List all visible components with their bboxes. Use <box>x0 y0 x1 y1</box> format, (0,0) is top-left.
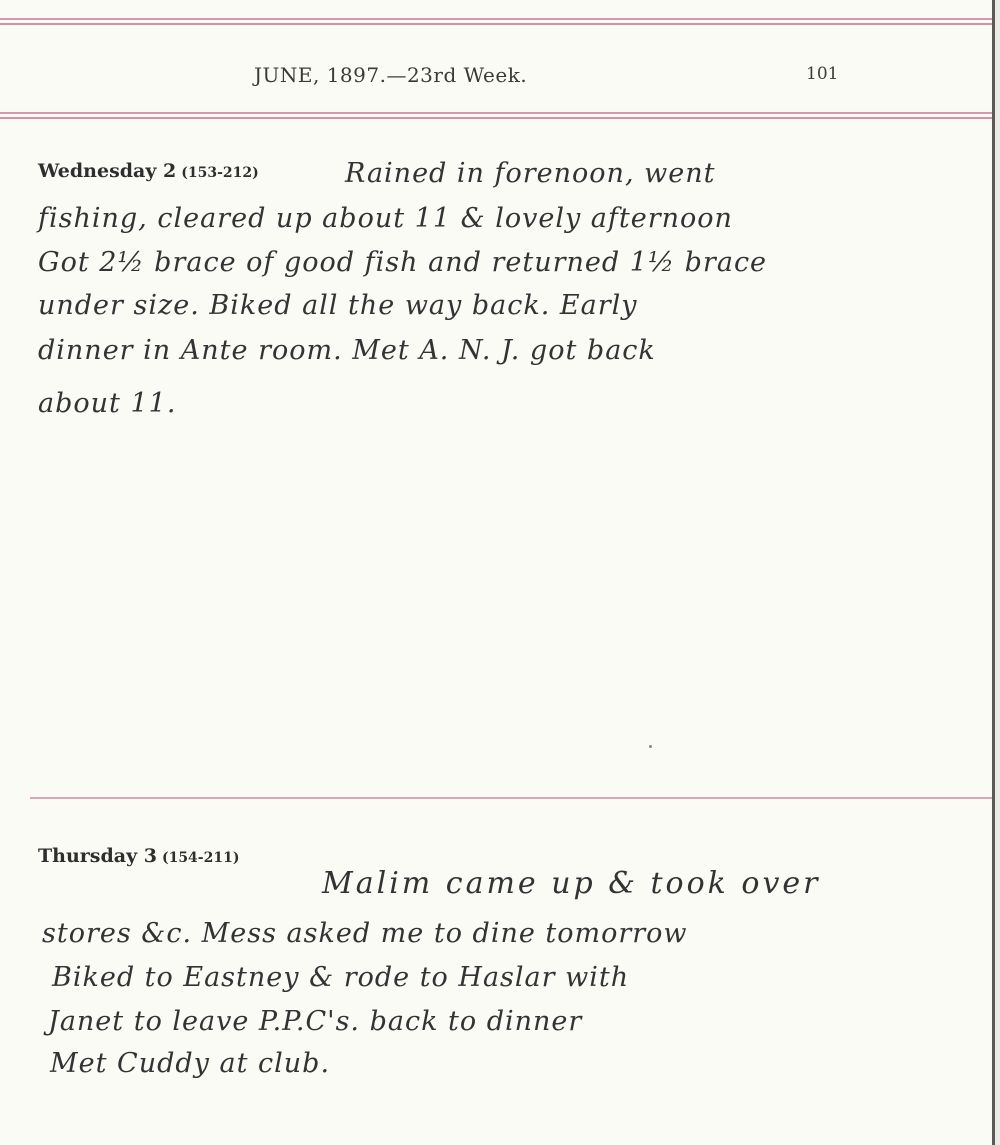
page-title: JUNE, 1897.—23rd Week. <box>254 63 527 87</box>
handwritten-line: stores &c. Mess asked me to dine tomorro… <box>42 918 688 949</box>
day-label: Thursday 3 <box>38 845 157 867</box>
handwritten-line: Malim came up & took over <box>322 866 821 901</box>
page-edge-shadow <box>995 0 1000 1145</box>
day-range: (153-212) <box>181 165 259 181</box>
handwritten-line: Met Cuddy at club. <box>50 1048 330 1079</box>
handwritten-line: under size. Biked all the way back. Earl… <box>38 290 638 321</box>
page-number: 101 <box>806 64 838 84</box>
day-range: (154-211) <box>162 850 240 866</box>
header-double-rule <box>0 112 992 119</box>
handwritten-line: about 11. <box>38 388 176 419</box>
entry-heading-thursday: Thursday 3(154-211) <box>38 845 239 867</box>
handwritten-line: Got 2½ brace of good fish and returned 1… <box>38 247 767 278</box>
handwritten-line: Janet to leave P.P.C's. back to dinner <box>48 1006 582 1037</box>
handwritten-line: Rained in forenoon, went <box>345 158 715 189</box>
top-double-rule <box>0 18 992 25</box>
day-separator-rule <box>30 797 992 799</box>
day-label: Wednesday 2 <box>38 160 176 182</box>
handwritten-line: dinner in Ante room. Met A. N. J. got ba… <box>38 335 656 366</box>
handwritten-line: fishing, cleared up about 11 & lovely af… <box>38 203 733 234</box>
ink-speck <box>649 745 652 748</box>
handwritten-line: Biked to Eastney & rode to Haslar with <box>52 962 629 993</box>
diary-page: JUNE, 1897.—23rd Week. 101 Wednesday 2(1… <box>0 0 1000 1145</box>
entry-heading-wednesday: Wednesday 2(153-212) <box>38 160 259 182</box>
